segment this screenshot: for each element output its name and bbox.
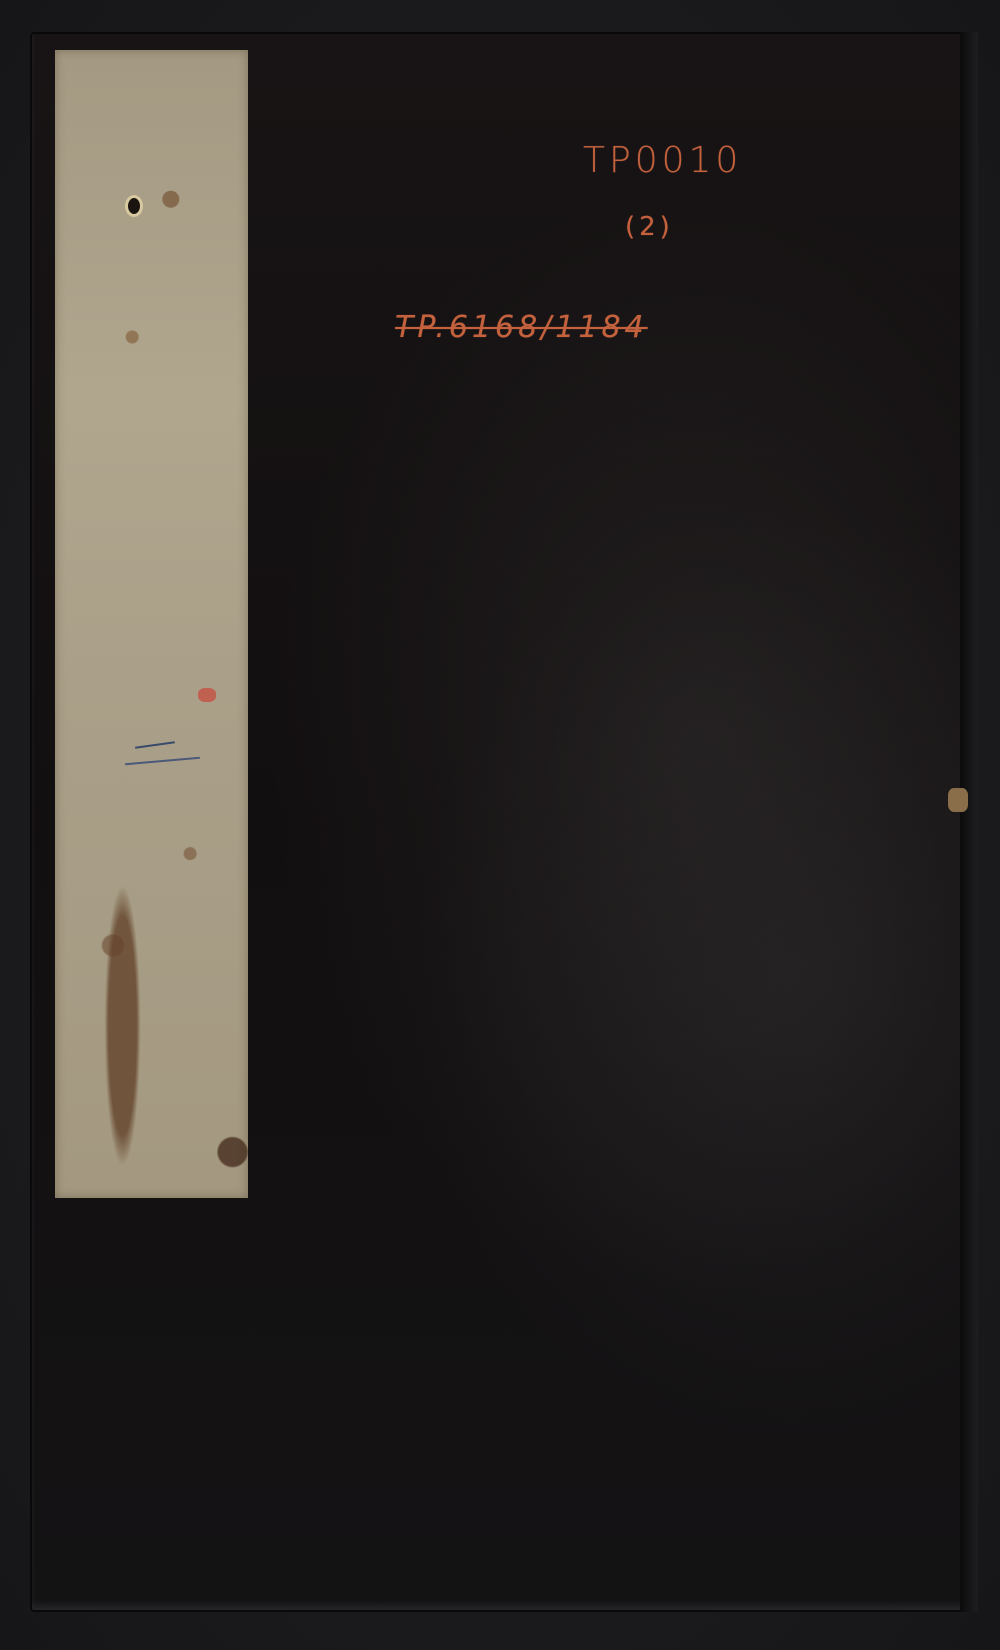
cover-right-edge [960, 32, 978, 1612]
slip-hole-mark [128, 198, 140, 214]
title-label-slip [55, 50, 248, 1198]
slip-red-mark [198, 688, 216, 702]
call-number: TP0010 [583, 140, 742, 181]
struck-call-number: TP.6168/1184 [395, 310, 648, 345]
cover-tear [948, 788, 968, 812]
volume-number: (2) [625, 212, 674, 242]
